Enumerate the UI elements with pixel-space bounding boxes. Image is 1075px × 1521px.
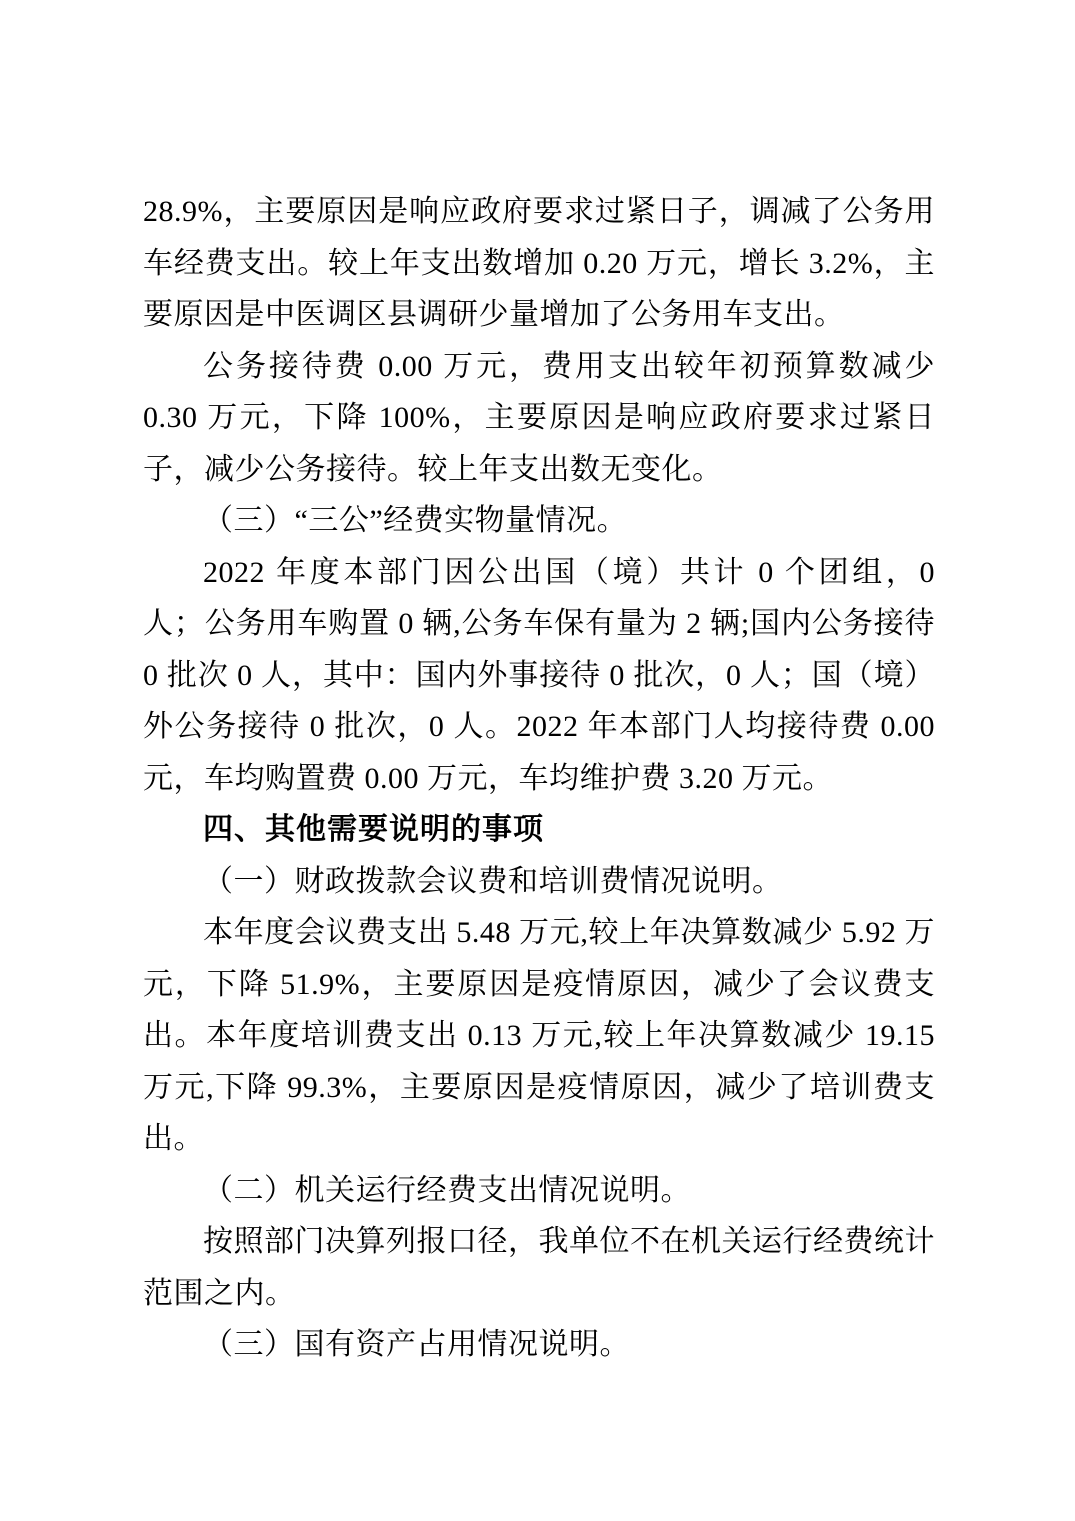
- section-heading: 四、其他需要说明的事项: [143, 804, 935, 856]
- paragraph: 公务接待费 0.00 万元，费用支出较年初预算数减少 0.30 万元，下降 10…: [143, 341, 935, 496]
- paragraph: （三）国有资产占用情况说明。: [143, 1319, 935, 1371]
- paragraph: （一）财政拨款会议费和培训费情况说明。: [143, 856, 935, 908]
- paragraph: （三）“三公”经费实物量情况。: [143, 495, 935, 547]
- document-page: 28.9%，主要原因是响应政府要求过紧日子，调减了公务用车经费支出。较上年支出数…: [0, 0, 1075, 1521]
- paragraph: （二）机关运行经费支出情况说明。: [143, 1165, 935, 1217]
- paragraph: 2022 年度本部门因公出国（境）共计 0 个团组，0 人；公务用车购置 0 辆…: [143, 547, 935, 805]
- paragraph: 按照部门决算列报口径，我单位不在机关运行经费统计范围之内。: [143, 1216, 935, 1319]
- paragraph: 28.9%，主要原因是响应政府要求过紧日子，调减了公务用车经费支出。较上年支出数…: [143, 186, 935, 341]
- document-content: 28.9%，主要原因是响应政府要求过紧日子，调减了公务用车经费支出。较上年支出数…: [143, 186, 935, 1371]
- paragraph: 本年度会议费支出 5.48 万元,较上年决算数减少 5.92 万元，下降 51.…: [143, 907, 935, 1165]
